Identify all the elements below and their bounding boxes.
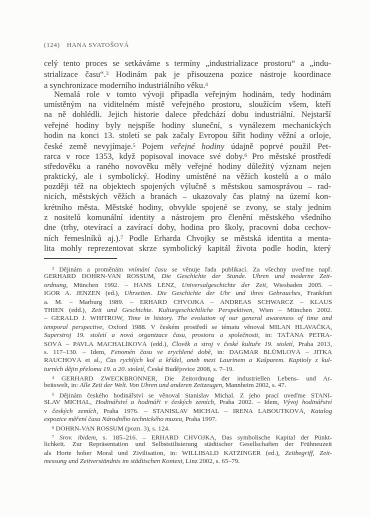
text-segment: rarca v roce 1353, když popisoval inovac… xyxy=(44,152,244,161)
text-line: a synchronizace moderního industriálního… xyxy=(44,80,331,90)
italic-text: Alle Zeit der Welt. Von Uhren und andere… xyxy=(80,382,222,389)
text-line: ních řemeslníků aj.).7 Podle Erharda Chv… xyxy=(44,233,331,243)
footnote-rule xyxy=(44,258,117,259)
text-segment: dne (trhy, otevírací a zavírací doby, ho… xyxy=(44,223,331,232)
footnote: 4 GERHARD ZWECKBRONNER, Die Zeitordnung … xyxy=(44,374,332,391)
text-segment: , Frankfurt xyxy=(300,290,332,297)
text-segment: na ně dohlédli. Jejich historie dalece p… xyxy=(44,110,331,119)
text-segment: údajně poprvé použil Pet- xyxy=(224,142,331,151)
running-header: (124) HANA SVATOŠOVÁ xyxy=(44,42,129,49)
footnote-line: 7 Srov. ibidem, s. 185–216. – ERHARD CHV… xyxy=(44,433,332,441)
text-segment: Pojem xyxy=(136,142,171,151)
italic-text: v českých zemích xyxy=(44,408,96,415)
text-segment: Pro městské prostředí xyxy=(247,152,331,161)
footnote-line: temporal perspective, Oxford 1988. V čes… xyxy=(44,324,332,332)
footnote-line: 6 DOHRN-VAN ROSSUM (pozn. 3), s. 124. xyxy=(44,424,332,432)
text-segment: GERHARD ZWECKBRONNER, Die Zeitordnung de… xyxy=(54,376,332,383)
text-segment: Nemalá role v tomto vývoji připadla veře… xyxy=(54,90,331,99)
text-segment: z nositelů komunální identity a nástroje… xyxy=(44,213,331,222)
footnote-line: s. 117–130. – Idem, Fenomén času ve zryc… xyxy=(44,349,332,357)
text-segment: GERHARD DOHRN-VAN ROSSUM, xyxy=(44,273,161,280)
text-segment: , in: TAŤÁNA PETRA- xyxy=(258,332,332,339)
italic-text: ordnung xyxy=(44,282,66,289)
italic-text: messung und Zeitverständnis im städtisch… xyxy=(44,458,182,465)
footnote: 6 DOHRN-VAN ROSSUM (pozn. 3), s. 124. xyxy=(44,424,332,432)
text-segment: , Praha 2013, xyxy=(293,341,332,348)
text-line: středověku a raného novověku měly veřejn… xyxy=(44,162,331,172)
footnotes: 3 Dějinám a proměnám vnímání času se věn… xyxy=(44,265,332,466)
text-segment: RAUCHOVÁ et al., xyxy=(44,357,106,364)
text-segment: beitswelt, in: xyxy=(44,382,80,389)
body-paragraph: Nemalá role v tomto vývoji připadla veře… xyxy=(44,90,331,254)
footnote-line: expozice měření času Národního technické… xyxy=(44,416,332,424)
text-line: na ně dohlédli. Jejich historie dalece p… xyxy=(44,110,331,120)
italic-text: Universalgeschichte der Zeit xyxy=(182,282,266,289)
footnote-line: beitswelt, in: Alle Zeit der Welt. Von U… xyxy=(44,382,332,390)
text-segment: IGOR A. JENZEN (ed.), xyxy=(44,290,124,297)
text-line: strializace času“.3 Hodinám pak je přiso… xyxy=(44,69,331,79)
italic-text: Čas rychlých kol a křídel, aneb mezi Lau… xyxy=(106,357,332,364)
text-segment: české země nevyjímaje. xyxy=(44,142,133,151)
text-line: lita mohly reprezentovat skrze symbolick… xyxy=(44,244,331,254)
text-segment: Dějinám českého hodinářství se věnoval S… xyxy=(54,393,332,400)
text-line: veřejné hodiny byly nejspíše hodiny slun… xyxy=(44,121,331,131)
text-segment: , München 1992. – HANS LENZ, xyxy=(66,282,182,289)
footnote-line: IGOR A. JENZEN (ed.), Uhrzeiten. Die Ges… xyxy=(44,290,332,298)
footnote-line: RAUCHOVÁ et al., Čas rychlých kol a kříd… xyxy=(44,357,332,365)
italic-text: Uhrzeiten. Die Geschichte der Uhr und ih… xyxy=(124,290,300,297)
text-segment: a synchronizace moderního industriálního… xyxy=(44,81,205,90)
page-number: (124) xyxy=(44,42,60,49)
text-segment: středověku a raného novověku měly veřejn… xyxy=(44,162,331,171)
italic-text: vnímání času xyxy=(128,267,166,274)
text-segment: , Praha 2002. – Idem, xyxy=(214,399,283,406)
footnote-line: v českých zemích, Praha 1976. – STANISLA… xyxy=(44,408,332,416)
text-segment: , Wiesbaden 2005. – xyxy=(266,282,332,289)
text-segment: lita mohly reprezentovat skrze symbolick… xyxy=(44,244,331,253)
italic-text: Vývoj hodinářství xyxy=(283,399,332,406)
text-line: z nositelů komunální identity a nástroje… xyxy=(44,213,331,223)
text-segment: se věnuje řada publikací. Za všechny uve… xyxy=(167,267,332,274)
text-line: nicích, městských věžích a branách – uka… xyxy=(44,192,331,202)
italic-text: veřejné hodiny xyxy=(170,142,224,151)
text-segment: SLAV MICHAL, xyxy=(44,399,96,406)
text-line: umístěným na viditelném místě veřejného … xyxy=(44,100,331,110)
footnote: 3 Dějinám a proměnám vnímání času se věn… xyxy=(44,265,332,374)
text-segment: THIEN (edd.), xyxy=(44,307,92,314)
text-line: později též na objektech spojených výluč… xyxy=(44,182,331,192)
footnote-line: 4 GERHARD ZWECKBRONNER, Die Zeitordnung … xyxy=(44,374,332,382)
text-segment: celý tento proces se setkáváme s termíny… xyxy=(44,59,331,68)
body-text: celý tento proces se setkáváme s termíny… xyxy=(44,59,331,254)
text-segment: krétního města. Městské hodiny, obvykle … xyxy=(44,203,331,212)
footnote-line: GERHARD DOHRN-VAN ROSSUM, Die Geschichte… xyxy=(44,273,332,281)
footnote-line: als Horte hoher Moral und Zivilisation, … xyxy=(44,450,332,458)
footnote-line: SOVÁ – PAVLA MACHALÍKOVÁ (edd.), Člověk … xyxy=(44,341,332,349)
text-segment: – GERALD J. WHITROW, xyxy=(44,315,128,322)
italic-text: Zeitbegriff, Zeit- xyxy=(285,450,332,457)
text-segment: ních řemeslníků aj.). xyxy=(44,234,121,243)
text-segment: , in: DAGMAR BLÜMLOVÁ – JITKA xyxy=(211,349,332,356)
italic-text: Srov. ibidem xyxy=(59,435,95,442)
text-segment: hodin na konci 13. století se pak začaly… xyxy=(44,131,331,140)
text-segment: , České Budějovice 2008, s. 7–19. xyxy=(144,366,234,373)
text-segment: nicích, městských věžích a branách – uka… xyxy=(44,192,331,201)
text-segment: praktický, ale i symbolický. Hodiny umís… xyxy=(44,172,331,181)
italic-text: temporal perspective xyxy=(44,324,102,331)
italic-text: Fenomén času ve zrychlené době xyxy=(111,349,211,356)
text-segment: strializace času“. xyxy=(44,70,106,79)
text-segment: veřejné hodiny byly nejspíše hodiny slun… xyxy=(44,121,331,130)
text-segment: DOHRN-VAN ROSSUM (pozn. 3), s. 124. xyxy=(54,426,170,433)
text-segment: , Wien – München 2002. xyxy=(252,307,332,314)
text-segment: Hodinám pak je přisouzena pozice nástroj… xyxy=(109,70,331,79)
italic-text: turních dějin přelomu 19. a 20. století xyxy=(44,366,144,373)
italic-text: Katalog xyxy=(311,408,332,415)
text-line: praktický, ale i symbolický. Hodiny umís… xyxy=(44,172,331,182)
italic-text: Zeit und Geschichte. Kulturgeschichtlich… xyxy=(92,307,253,314)
text-segment: , Mannheim 2002, s. 47. xyxy=(222,382,286,389)
text-segment: , Praha 1976. – STANISLAV MICHAL – IRENA… xyxy=(96,408,310,415)
italic-text: Hodinářství a hodináři v českých zemích xyxy=(96,399,214,406)
footnote-line: a. M. – Marburg 1989. – ERHARD CHVOJKA –… xyxy=(44,299,332,307)
footnote-line: turních dějin přelomu 19. a 20. století,… xyxy=(44,366,332,374)
text-segment: Podle Erharda Chvojky se městská identit… xyxy=(123,234,331,243)
author-name: HANA SVATOŠOVÁ xyxy=(67,42,129,49)
italic-text: Time in history. The evolution of our ge… xyxy=(128,315,332,322)
text-line: dne (trhy, otevírací a zavírací doby, ho… xyxy=(44,223,331,233)
text-segment: později též na objektech spojených výluč… xyxy=(44,182,331,191)
text-line: hodin na konci 13. století se pak začaly… xyxy=(44,131,331,141)
footnote-line: messung und Zeitverständnis im städtisch… xyxy=(44,458,332,466)
text-segment: umístěným na viditelném místě veřejného … xyxy=(44,100,331,109)
italic-text: expozice měření času Národního technické… xyxy=(44,416,182,423)
text-segment: als Horte hoher Moral und Zivilisation, … xyxy=(44,450,285,457)
text-segment: lichkeit. Zur Repräsentation und Selbsts… xyxy=(44,441,332,448)
italic-text: Die Geschichte der Stunde. Uhren und mod… xyxy=(161,273,332,280)
text-segment: s. 117–130. – Idem, xyxy=(44,349,111,356)
footnote-line: – GERALD J. WHITROW, Time in history. Th… xyxy=(44,315,332,323)
text-segment: , Praha 1997. xyxy=(182,416,217,423)
footnote-line: THIEN (edd.), Zeit und Geschichte. Kultu… xyxy=(44,307,332,315)
text-segment: Dějinám a proměnám xyxy=(54,267,128,274)
book-page: (124) HANA SVATOŠOVÁ celý tento proces s… xyxy=(0,0,370,517)
footnote-line: Superstroj 19. století a nová organizace… xyxy=(44,332,332,340)
italic-text: Superstroj 19. století a nová organizace… xyxy=(44,332,258,339)
footnote: 5 Dějinám českého hodinářství se věnoval… xyxy=(44,391,332,425)
text-line: Nemalá role v tomto vývoji připadla veře… xyxy=(44,90,331,100)
text-line: krétního města. Městské hodiny, obvykle … xyxy=(44,203,331,213)
body-paragraph: celý tento proces se setkáváme s termíny… xyxy=(44,59,331,90)
text-segment: , s. 185–216. – ERHARD CHVOJKA, Das symb… xyxy=(96,435,332,442)
footnote-marker: 4 xyxy=(205,82,208,88)
text-line: celý tento proces se setkáváme s termíny… xyxy=(44,59,331,69)
footnote-line: 5 Dějinám českého hodinářství se věnoval… xyxy=(44,391,332,399)
text-segment: , Linz 2002, s. 65–79. xyxy=(182,458,240,465)
footnote-line: 3 Dějinám a proměnám vnímání času se věn… xyxy=(44,265,332,273)
text-segment: , Oxford 1988. V českém prostředí se tém… xyxy=(102,324,332,331)
text-segment: SOVÁ – PAVLA MACHALÍKOVÁ (edd.), xyxy=(44,341,172,348)
text-line: rarca v roce 1353, když popisoval inovac… xyxy=(44,151,331,161)
footnote-line: lichkeit. Zur Repräsentation und Selbsts… xyxy=(44,441,332,449)
footnote-line: ordnung, München 1992. – HANS LENZ, Univ… xyxy=(44,282,332,290)
footnote-line: SLAV MICHAL, Hodinářství a hodináři v če… xyxy=(44,399,332,407)
text-line: české země nevyjímaje.5 Pojem veřejné ho… xyxy=(44,141,331,151)
text-segment: a. M. – Marburg 1989. – ERHARD CHVOJKA –… xyxy=(44,299,332,306)
italic-text: Člověk a stroj v české kultuře 19. stole… xyxy=(172,341,293,348)
footnote: 7 Srov. ibidem, s. 185–216. – ERHARD CHV… xyxy=(44,433,332,467)
